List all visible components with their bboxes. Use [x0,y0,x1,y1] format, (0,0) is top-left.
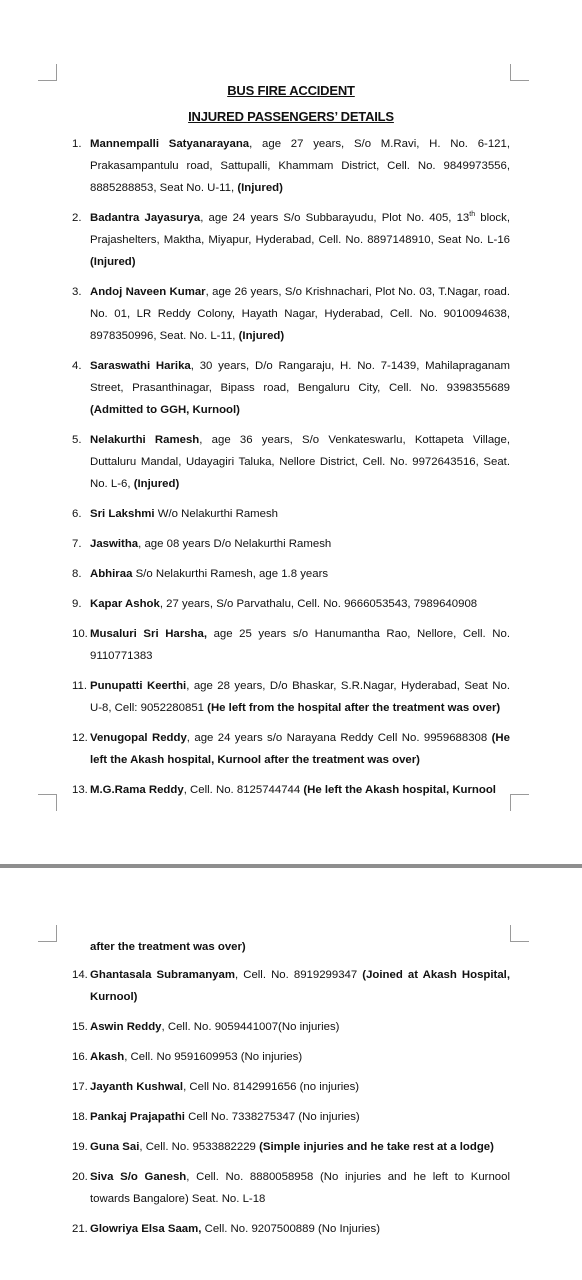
passenger-details: , age 24 years s/o Narayana Reddy Cell N… [187,732,492,744]
item-number: 19. [72,1136,88,1158]
passenger-details: Cell No. 7338275347 (No injuries) [185,1111,360,1123]
passenger-list-page-2: 14.Ghantasala Subramanyam, Cell. No. 891… [72,964,510,1248]
passenger-name: Badantra Jayasurya [90,212,200,224]
passenger-name: Akash [90,1051,124,1063]
passenger-name: Ghantasala Subramanyam [90,969,235,981]
passenger-details: , Cell. No. 8919299347 [235,969,362,981]
passenger-name: Kapar Ashok [90,598,160,610]
passenger-details: , Cell. No. 9533882229 [139,1141,259,1153]
passenger-status: (He left from the hospital after the tre… [207,702,500,714]
item-number: 20. [72,1166,88,1188]
passenger-name: Andoj Naveen Kumar [90,286,206,298]
passenger-name: Jaswitha [90,538,138,550]
document-title: BUS FIRE ACCIDENT [0,83,582,98]
passenger-status: (Injured) [239,330,285,342]
item-number: 7. [72,533,82,555]
passenger-status: (He left the Akash hospital, Kurnool [303,784,496,796]
item-number: 14. [72,964,88,986]
item-number: 8. [72,563,82,585]
list-item: 19.Guna Sai, Cell. No. 9533882229 (Simpl… [72,1136,510,1158]
passenger-name: Musaluri Sri Harsha, [90,628,207,640]
document-page-1: BUS FIRE ACCIDENT INJURED PASSENGERS’ DE… [0,0,582,865]
document-subtitle: INJURED PASSENGERS’ DETAILS [0,109,582,124]
item-number: 2. [72,207,82,229]
passenger-name: Guna Sai [90,1141,139,1153]
item-number: 6. [72,503,82,525]
list-item: 10.Musaluri Sri Harsha, age 25 years s/o… [72,623,510,667]
passenger-name: Jayanth Kushwal [90,1081,183,1093]
document-page-2: after the treatment was over) 14.Ghantas… [0,868,582,1280]
passenger-details: W/o Nelakurthi Ramesh [155,508,278,520]
passenger-status: (Injured) [134,478,180,490]
passenger-details: S/o Nelakurthi Ramesh, age 1.8 years [132,568,328,580]
list-item: 3.Andoj Naveen Kumar, age 26 years, S/o … [72,281,510,347]
list-item: 15.Aswin Reddy, Cell. No. 9059441007(No … [72,1016,510,1038]
list-item: 5.Nelakurthi Ramesh, age 36 years, S/o V… [72,429,510,495]
passenger-name: Siva S/o Ganesh [90,1171,186,1183]
page-margin-corner-mark [38,925,57,942]
passenger-details: , Cell No. 8142991656 (no injuries) [183,1081,359,1093]
passenger-name: Nelakurthi Ramesh [90,434,199,446]
passenger-status: (Injured) [237,182,283,194]
passenger-details: , 27 years, S/o Parvathalu, Cell. No. 96… [160,598,477,610]
passenger-details: , Cell. No 9591609953 (No injuries) [124,1051,302,1063]
passenger-name: M.G.Rama Reddy [90,784,184,796]
list-item: 17.Jayanth Kushwal, Cell No. 8142991656 … [72,1076,510,1098]
passenger-details: , age 24 years S/o Subbarayudu, Plot No.… [200,212,469,224]
list-item: 8.Abhiraa S/o Nelakurthi Ramesh, age 1.8… [72,563,510,585]
item-number: 15. [72,1016,88,1038]
passenger-details: , Cell. No. 8125744744 [184,784,304,796]
passenger-name: Pankaj Prajapathi [90,1111,185,1123]
passenger-name: Sri Lakshmi [90,508,155,520]
passenger-details: , age 08 years D/o Nelakurthi Ramesh [138,538,331,550]
passenger-status: (Injured) [90,256,136,268]
list-item: 14.Ghantasala Subramanyam, Cell. No. 891… [72,964,510,1008]
list-item: 12.Venugopal Reddy, age 24 years s/o Nar… [72,727,510,771]
page-margin-corner-mark [38,64,57,81]
list-item: 9.Kapar Ashok, 27 years, S/o Parvathalu,… [72,593,510,615]
item-number: 3. [72,281,82,303]
list-item: 6.Sri Lakshmi W/o Nelakurthi Ramesh [72,503,510,525]
list-item: 2.Badantra Jayasurya, age 24 years S/o S… [72,207,510,273]
item-number: 17. [72,1076,88,1098]
list-item: 21.Glowriya Elsa Saam, Cell. No. 9207500… [72,1218,510,1240]
passenger-name: Saraswathi Harika [90,360,191,372]
item-number: 16. [72,1046,88,1068]
passenger-details: , Cell. No. 9059441007(No injuries) [162,1021,340,1033]
item-13-continuation: after the treatment was over) [72,936,510,958]
page-margin-corner-mark [38,794,57,811]
item-number: 5. [72,429,82,451]
list-item: 4.Saraswathi Harika, 30 years, D/o Ranga… [72,355,510,421]
list-item: 11.Punupatti Keerthi, age 28 years, D/o … [72,675,510,719]
item-number: 10. [72,623,88,645]
passenger-status: (Simple injuries and he take rest at a l… [259,1141,494,1153]
passenger-name: Venugopal Reddy [90,732,187,744]
passenger-list-page-1: 1.Mannempalli Satyanarayana, age 27 year… [72,133,510,809]
page-margin-corner-mark [510,925,529,942]
page-margin-corner-mark [510,64,529,81]
item-number: 13. [72,779,88,801]
passenger-name: Mannempalli Satyanarayana [90,138,249,150]
item-number: 4. [72,355,82,377]
item-number: 11. [72,675,87,697]
item-number: 18. [72,1106,88,1128]
item-number: 12. [72,727,88,749]
passenger-name: Glowriya Elsa Saam, [90,1223,201,1235]
item-number: 1. [72,133,82,155]
list-item: 20.Siva S/o Ganesh, Cell. No. 8880058958… [72,1166,510,1210]
passenger-name: Abhiraa [90,568,132,580]
passenger-details: Cell. No. 9207500889 (No Injuries) [201,1223,380,1235]
passenger-name: Punupatti Keerthi [90,680,186,692]
list-item: 18.Pankaj Prajapathi Cell No. 7338275347… [72,1106,510,1128]
passenger-status: (Admitted to GGH, Kurnool) [90,404,240,416]
list-item: 16.Akash, Cell. No 9591609953 (No injuri… [72,1046,510,1068]
passenger-name: Aswin Reddy [90,1021,162,1033]
item-number: 9. [72,593,82,615]
list-item: 1.Mannempalli Satyanarayana, age 27 year… [72,133,510,199]
item-number: 21. [72,1218,88,1240]
list-item: 7.Jaswitha, age 08 years D/o Nelakurthi … [72,533,510,555]
page-margin-corner-mark [510,794,529,811]
list-item: 13.M.G.Rama Reddy, Cell. No. 8125744744 … [72,779,510,801]
